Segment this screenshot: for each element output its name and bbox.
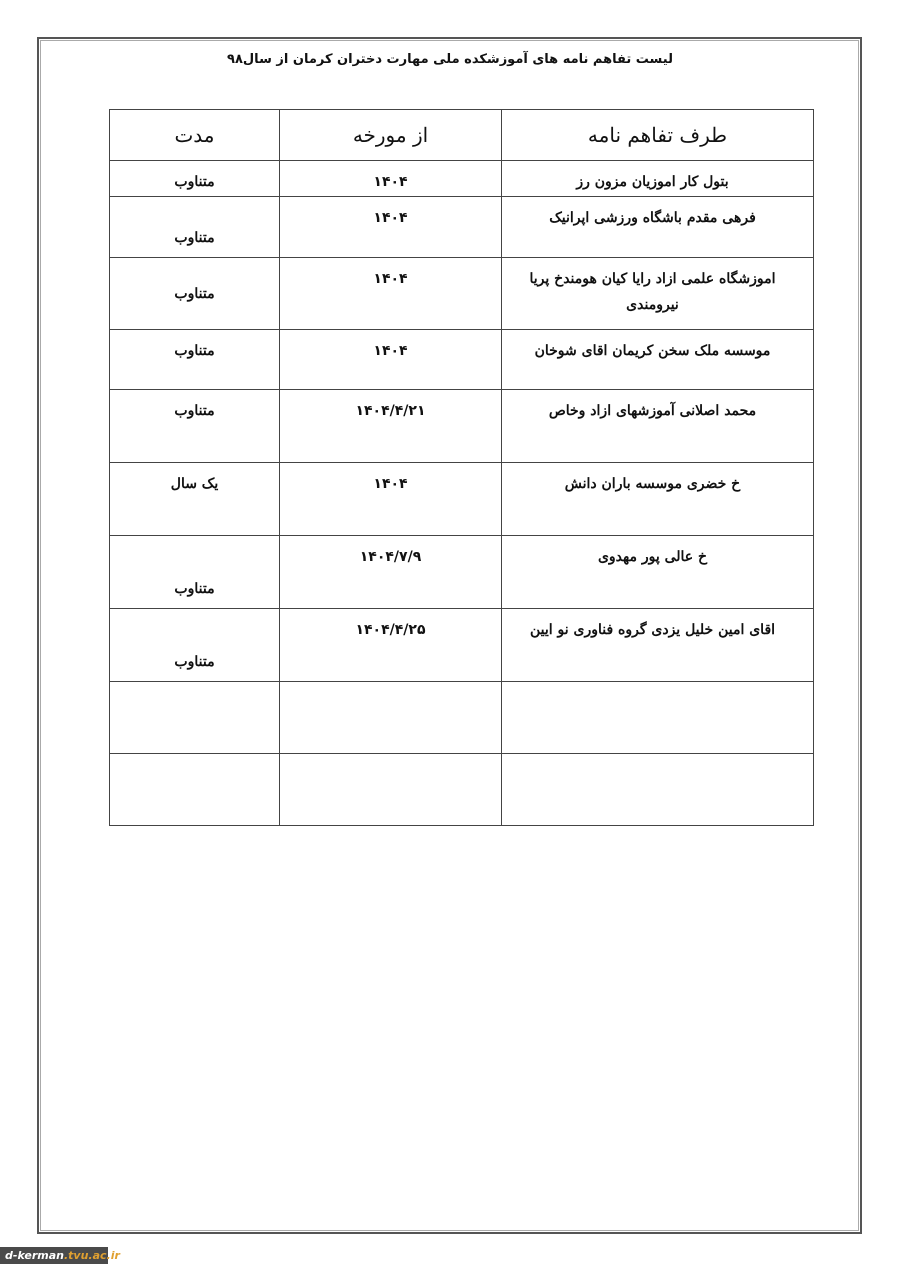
agreement-date: ۱۴۰۴/۴/۲۵ <box>280 609 501 643</box>
cell-party: خ خضری موسسه باران دانش <box>502 463 814 536</box>
agreement-duration: متناوب <box>110 281 279 307</box>
cell-date <box>280 754 502 826</box>
watermark-domain: .tvu.ac.ir <box>64 1249 120 1262</box>
agreement-date <box>280 682 501 690</box>
cell-date: ۱۴۰۴ <box>280 161 502 197</box>
agreement-date: ۱۴۰۴/۷/۹ <box>280 536 501 570</box>
cell-party: محمد اصلانی آموزشهای ازاد وخاص <box>502 390 814 463</box>
agreement-date: ۱۴۰۴/۴/۲۱ <box>280 390 501 424</box>
table-row: فرهی مقدم باشگاه ورزشی اپرانیک۱۴۰۴متناوب <box>110 197 814 258</box>
party-name: بتول کار اموزیان مزون رز <box>502 161 813 195</box>
table-row <box>110 754 814 826</box>
cell-party <box>502 754 814 826</box>
watermark-host: d-kerman <box>5 1249 64 1262</box>
cell-party: خ عالی پور مهدوی <box>502 536 814 609</box>
table-row: موسسه ملک سخن کریمان اقای شوخان۱۴۰۴متناو… <box>110 330 814 390</box>
agreement-date: ۱۴۰۴ <box>280 258 501 292</box>
agreements-table: طرف تفاهم نامه از مورخه مدت بتول کار امو… <box>109 109 814 826</box>
cell-duration: متناوب <box>110 390 280 463</box>
agreement-duration <box>110 682 279 690</box>
cell-duration: متناوب <box>110 609 280 682</box>
party-name: خ عالی پور مهدوی <box>502 536 813 570</box>
cell-party: اقای امین خلیل یزدی گروه فناوری نو ایین <box>502 609 814 682</box>
party-name: فرهی مقدم باشگاه ورزشی اپرانیک <box>502 197 813 231</box>
table-row: اموزشگاه علمی ازاد رایا کیان هومندخ پریا… <box>110 258 814 330</box>
cell-duration: یک سال <box>110 463 280 536</box>
cell-date: ۱۴۰۴ <box>280 463 502 536</box>
party-name: محمد اصلانی آموزشهای ازاد وخاص <box>502 390 813 424</box>
cell-party: موسسه ملک سخن کریمان اقای شوخان <box>502 330 814 390</box>
cell-duration: متناوب <box>110 161 280 197</box>
table-row: اقای امین خلیل یزدی گروه فناوری نو ایین۱… <box>110 609 814 682</box>
cell-date: ۱۴۰۴ <box>280 197 502 258</box>
header-party: طرف تفاهم نامه <box>502 110 814 161</box>
table-row: محمد اصلانی آموزشهای ازاد وخاص۱۴۰۴/۴/۲۱م… <box>110 390 814 463</box>
document-title: لیست تفاهم نامه های آموزشکده ملی مهارت د… <box>150 50 750 70</box>
agreement-duration: متناوب <box>110 330 279 364</box>
cell-duration <box>110 682 280 754</box>
cell-date: ۱۴۰۴/۴/۲۱ <box>280 390 502 463</box>
cell-party: بتول کار اموزیان مزون رز <box>502 161 814 197</box>
agreement-date <box>280 754 501 762</box>
cell-duration <box>110 754 280 826</box>
agreement-duration: یک سال <box>110 463 279 497</box>
table-row: خ عالی پور مهدوی۱۴۰۴/۷/۹متناوب <box>110 536 814 609</box>
table-header-row: طرف تفاهم نامه از مورخه مدت <box>110 110 814 161</box>
party-name <box>502 682 813 690</box>
cell-party: فرهی مقدم باشگاه ورزشی اپرانیک <box>502 197 814 258</box>
cell-duration: متناوب <box>110 536 280 609</box>
cell-party: اموزشگاه علمی ازاد رایا کیان هومندخ پریا… <box>502 258 814 330</box>
cell-duration: متناوب <box>110 197 280 258</box>
header-duration: مدت <box>110 110 280 161</box>
agreement-date: ۱۴۰۴ <box>280 197 501 231</box>
party-name: اقای امین خلیل یزدی گروه فناوری نو ایین <box>502 609 813 643</box>
party-name: اموزشگاه علمی ازاد رایا کیان هومندخ پریا… <box>502 258 813 318</box>
party-name: خ خضری موسسه باران دانش <box>502 463 813 497</box>
cell-date: ۱۴۰۴/۴/۲۵ <box>280 609 502 682</box>
cell-date <box>280 682 502 754</box>
table-row: بتول کار اموزیان مزون رز۱۴۰۴متناوب <box>110 161 814 197</box>
cell-date: ۱۴۰۴ <box>280 330 502 390</box>
cell-duration: متناوب <box>110 330 280 390</box>
site-watermark: d-kerman.tvu.ac.ir <box>0 1247 108 1264</box>
agreement-duration: متناوب <box>110 390 279 424</box>
table-row <box>110 682 814 754</box>
agreement-duration: متناوب <box>110 649 279 681</box>
cell-duration: متناوب <box>110 258 280 330</box>
cell-date: ۱۴۰۴ <box>280 258 502 330</box>
party-name <box>502 754 813 762</box>
agreement-date: ۱۴۰۴ <box>280 463 501 497</box>
cell-party <box>502 682 814 754</box>
agreement-duration: متناوب <box>110 576 279 608</box>
table-body: بتول کار اموزیان مزون رز۱۴۰۴متناوبفرهی م… <box>110 161 814 826</box>
agreement-duration: متناوب <box>110 161 279 195</box>
party-name: موسسه ملک سخن کریمان اقای شوخان <box>502 330 813 364</box>
agreement-date: ۱۴۰۴ <box>280 161 501 195</box>
agreement-duration: متناوب <box>110 225 279 257</box>
header-date: از مورخه <box>280 110 502 161</box>
agreement-date: ۱۴۰۴ <box>280 330 501 364</box>
table-row: خ خضری موسسه باران دانش۱۴۰۴یک سال <box>110 463 814 536</box>
agreement-duration <box>110 754 279 762</box>
cell-date: ۱۴۰۴/۷/۹ <box>280 536 502 609</box>
